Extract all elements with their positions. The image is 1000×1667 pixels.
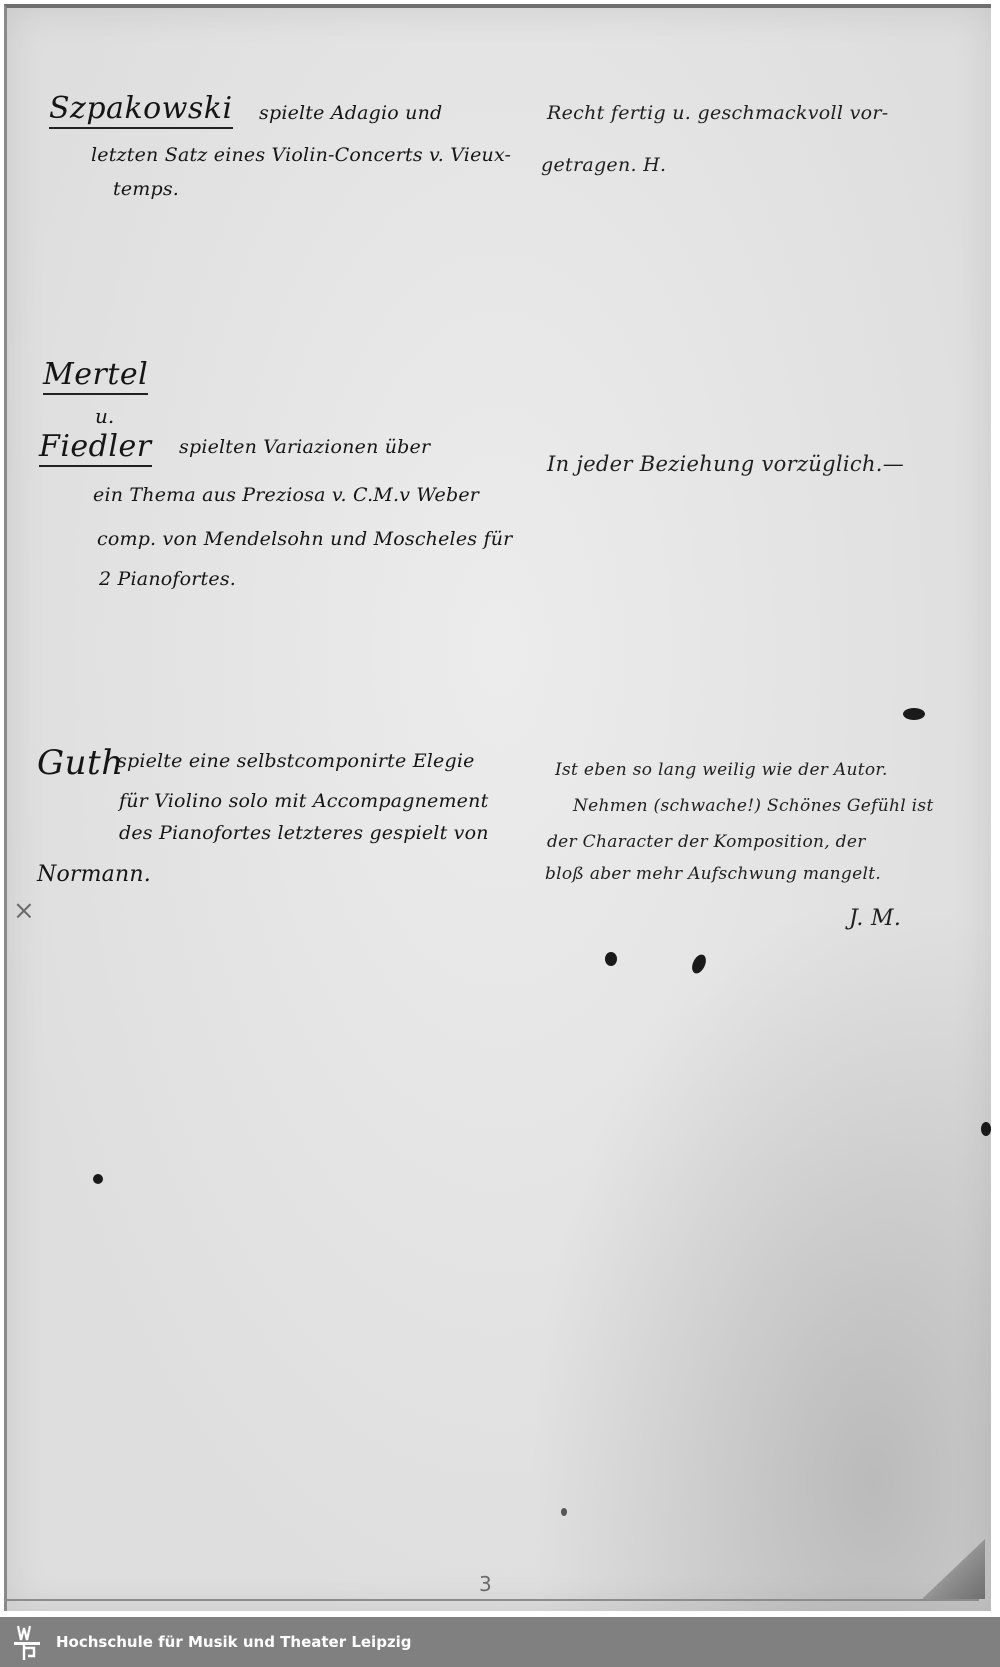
entry-description-line: spielten Variazionen über xyxy=(179,438,430,457)
critic-comment-line: bloß aber mehr Aufschwung mangelt. xyxy=(545,866,881,883)
entry-description-line: comp. von Mendelsohn und Moscheles für xyxy=(97,530,512,549)
accompanist-name: Normann. xyxy=(37,864,151,886)
hmt-logo-icon xyxy=(12,1622,42,1662)
ink-blot xyxy=(903,708,925,720)
page-corner-curl xyxy=(895,1519,985,1599)
critic-comment-line: In jeder Beziehung vorzüglich.— xyxy=(547,454,904,475)
performer-name: Guth xyxy=(37,746,124,783)
performer-name: Mertel xyxy=(43,360,148,395)
performer-name: Fiedler xyxy=(39,432,152,467)
institution-name: Hochschule für Musik und Theater Leipzig xyxy=(56,1633,412,1651)
entry-description-line: temps. xyxy=(113,180,179,199)
entry-description-line: für Violino solo mit Accompagnement xyxy=(119,792,488,811)
margin-mark: × xyxy=(13,898,35,924)
ink-blot xyxy=(689,952,708,975)
page-number: 3 xyxy=(479,1572,492,1596)
ink-blot xyxy=(561,1508,567,1516)
entry-description-line: spielte Adagio und xyxy=(259,104,442,123)
ink-blot xyxy=(981,1122,991,1136)
manuscript-page: Szpakowski spielte Adagio und letzten Sa… xyxy=(4,4,991,1611)
viewer-footer: Hochschule für Musik und Theater Leipzig xyxy=(0,1617,1000,1667)
manuscript-scan: Szpakowski spielte Adagio und letzten Sa… xyxy=(0,0,1000,1613)
performer-name: Szpakowski xyxy=(49,94,233,129)
entry-description-line: letzten Satz eines Violin-Concerts v. Vi… xyxy=(91,146,511,165)
ink-blot xyxy=(605,952,617,966)
critic-comment-line: Ist eben so lang weilig wie der Autor. xyxy=(555,762,888,779)
critic-comment-line: getragen. H. xyxy=(541,156,666,175)
critic-comment-line: Recht fertig u. geschmackvoll vor- xyxy=(547,104,888,123)
page-edge xyxy=(7,1599,979,1601)
critic-comment-line: Nehmen (schwache!) Schönes Gefühl ist xyxy=(573,798,934,815)
entry-description-line: spielte eine selbstcomponirte Elegie xyxy=(117,752,475,771)
performer-connector: u. xyxy=(95,406,114,426)
entry-description-line: ein Thema aus Preziosa v. C.M.v Weber xyxy=(93,486,479,505)
critic-signature: J. M. xyxy=(849,908,901,930)
entry-description-line: 2 Pianofortes. xyxy=(99,570,236,589)
entry-description-line: des Pianofortes letzteres gespielt von xyxy=(119,824,489,843)
critic-comment-line: der Character der Komposition, der xyxy=(547,834,866,851)
ink-blot xyxy=(93,1174,103,1184)
